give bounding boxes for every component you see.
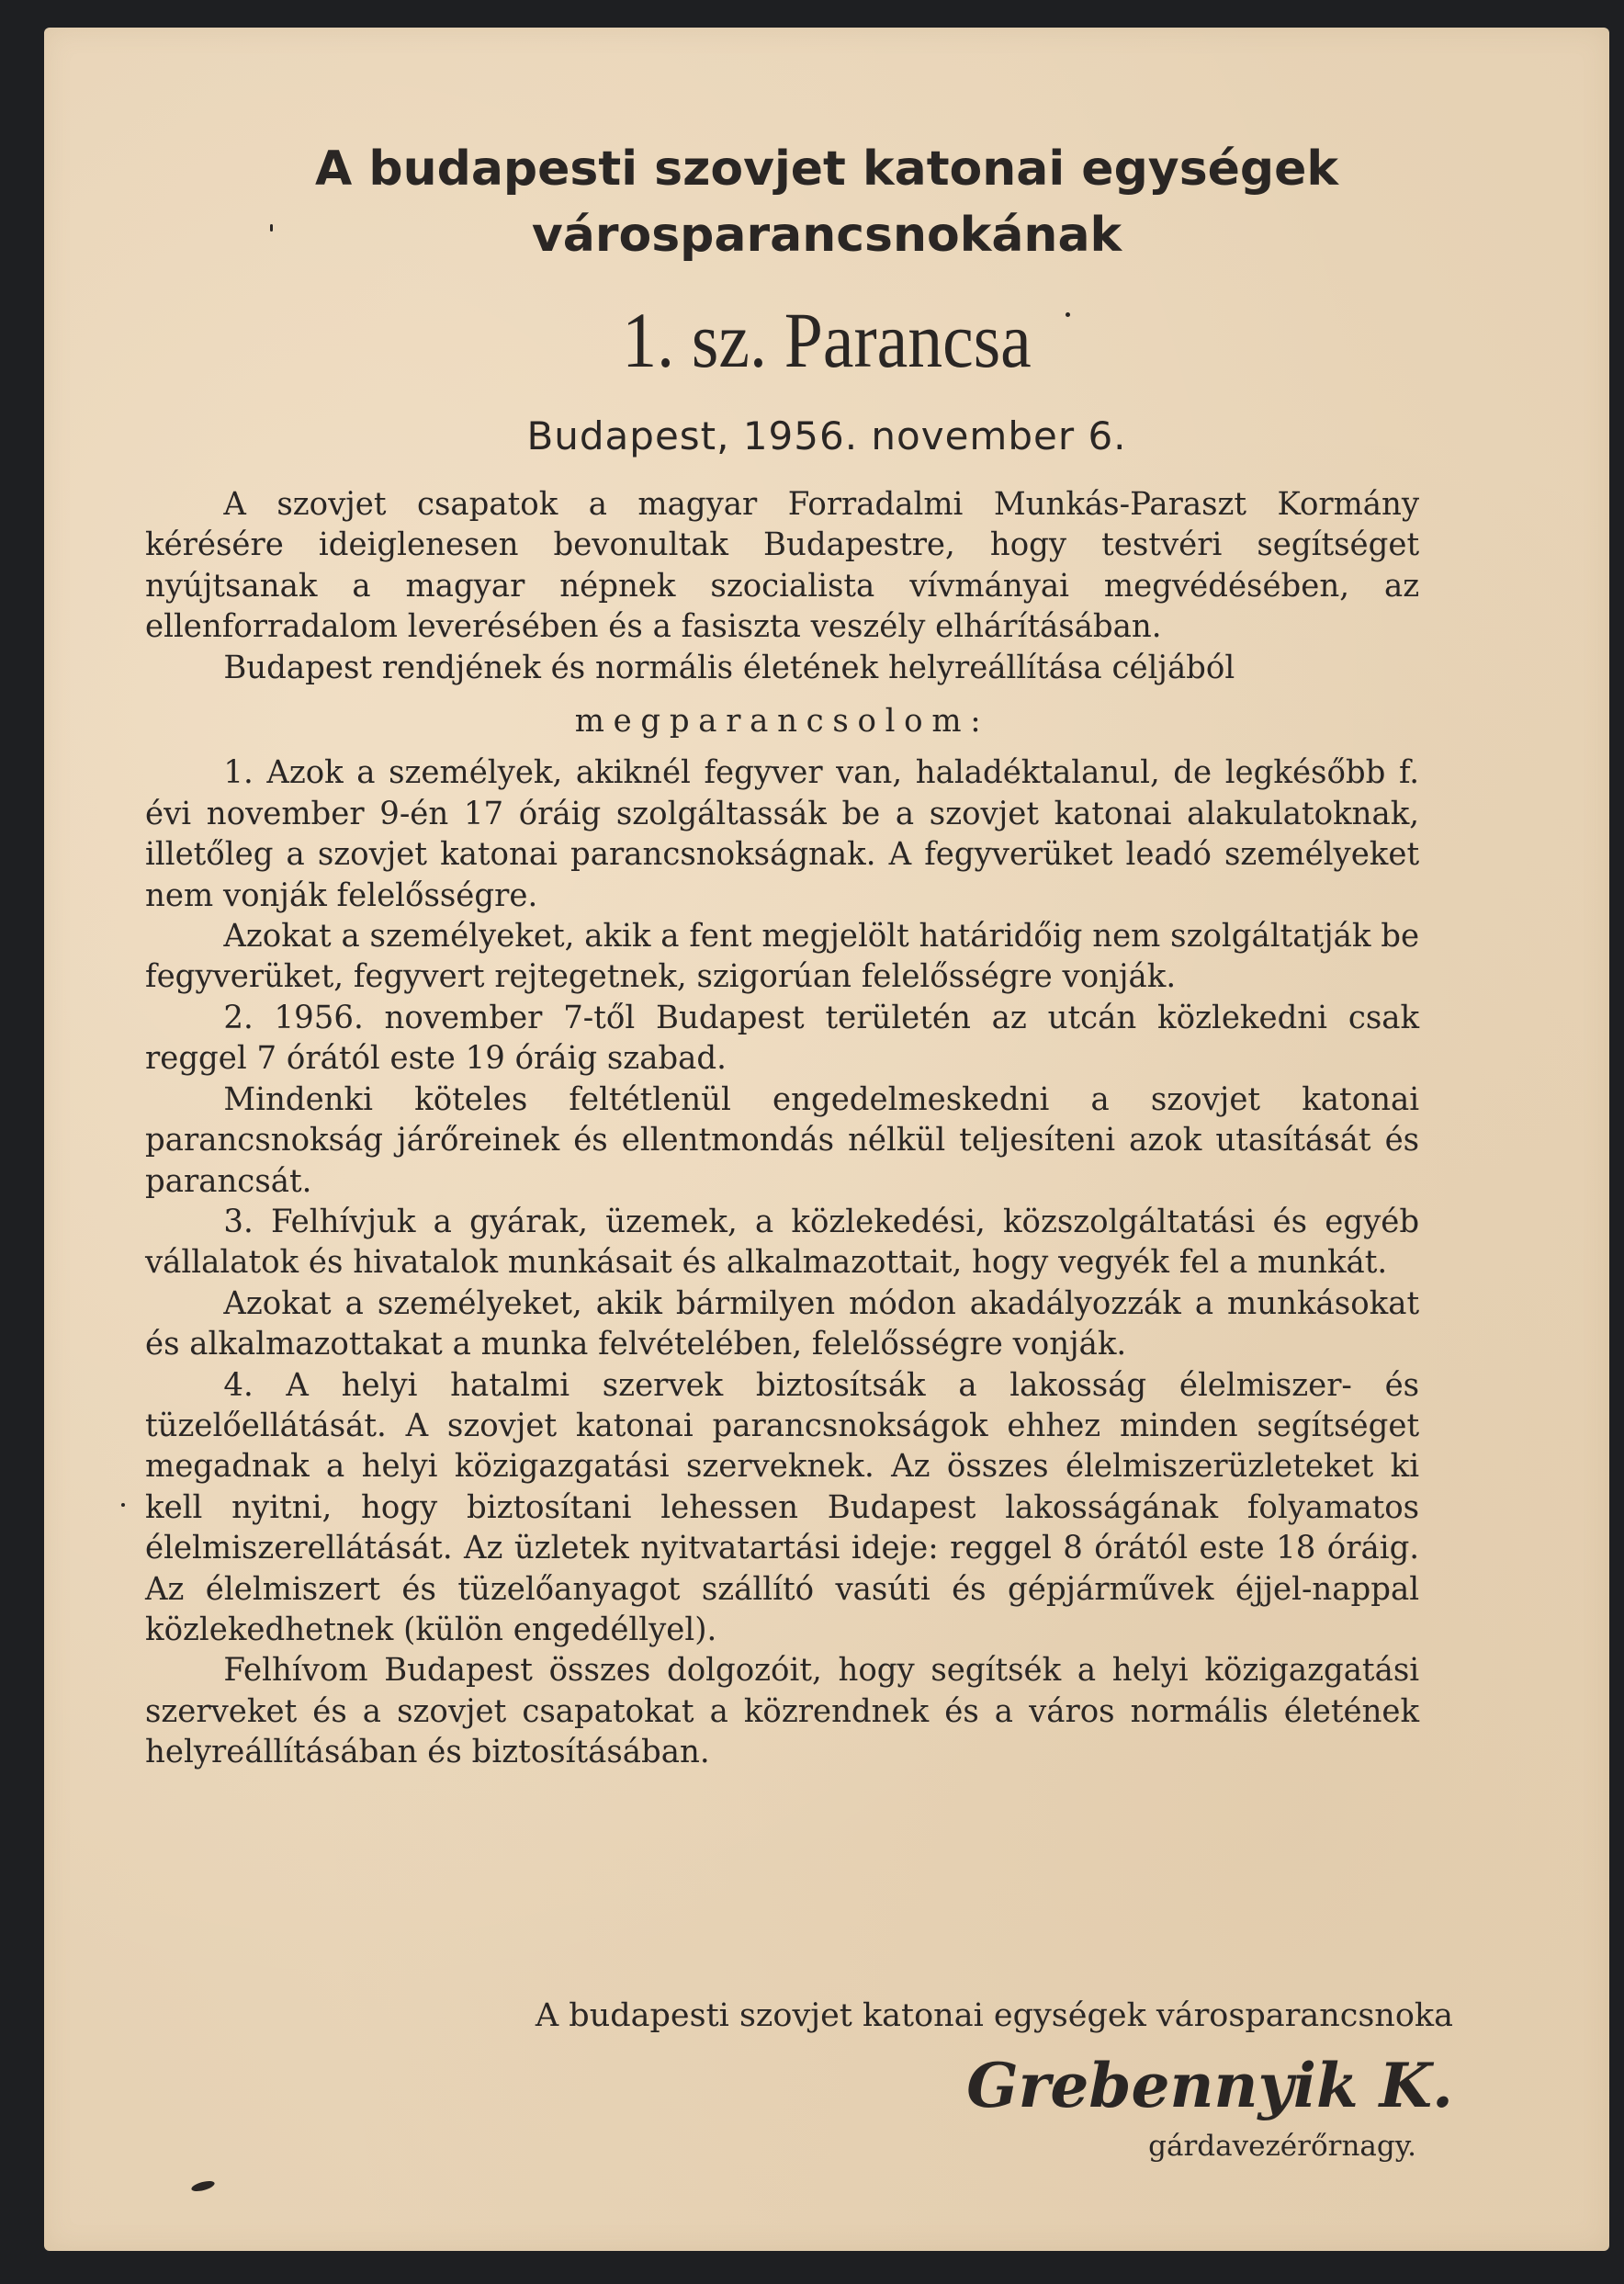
ink-speck (190, 2179, 215, 2193)
ink-speck (1066, 312, 1070, 317)
ink-speck (121, 1503, 125, 1507)
order-body: A szovjet csapatok a magyar Forradalmi M… (145, 484, 1419, 1773)
order-item-4: 4. A helyi hatalmi szervek biztosítsák a… (145, 1365, 1419, 1651)
ink-speck (270, 224, 273, 232)
intro-paragraph: A szovjet csapatok a magyar Forradalmi M… (145, 484, 1419, 648)
purpose-paragraph: Budapest rendjének és normális életének … (145, 648, 1419, 688)
signatory-title: A budapesti szovjet katonai egységek vár… (536, 1996, 1453, 2036)
heading-line-2: városparancsnokának (44, 208, 1609, 263)
order-item-1-sanction: Azokat a személyeket, akik a fent megjel… (145, 916, 1419, 998)
order-item-2: 2. 1956. november 7-től Budapest terület… (145, 998, 1419, 1080)
order-item-3: 3. Felhívjuk a gyárak, üzemek, a közleke… (145, 1202, 1419, 1283)
ink-speck (1330, 1137, 1334, 1141)
closing-appeal: Felhívom Budapest összes dolgozóit, hogy… (145, 1650, 1419, 1772)
order-item-2-obedience: Mindenki köteles feltétlenül engedelmesk… (145, 1080, 1419, 1202)
signature-block: A budapesti szovjet katonai egységek vár… (536, 1996, 1453, 2165)
heading-line-1: A budapesti szovjet katonai egységek (44, 141, 1609, 197)
dateline: Budapest, 1956. november 6. (44, 413, 1609, 458)
order-item-3-sanction: Azokat a személyeket, akik bármilyen mód… (145, 1283, 1419, 1365)
signatory-rank: gárdavezérőrnagy. (536, 2128, 1416, 2165)
signatory-name: Grebennyik K. (536, 2049, 1453, 2122)
order-item-1: 1. Azok a személyek, akiknél fegyver van… (145, 752, 1419, 916)
order-title: 1. sz. Parancsa (138, 294, 1516, 386)
poster-paper: A budapesti szovjet katonai egységek vár… (44, 28, 1609, 2251)
command-word: megparancsolom: (145, 701, 1419, 741)
